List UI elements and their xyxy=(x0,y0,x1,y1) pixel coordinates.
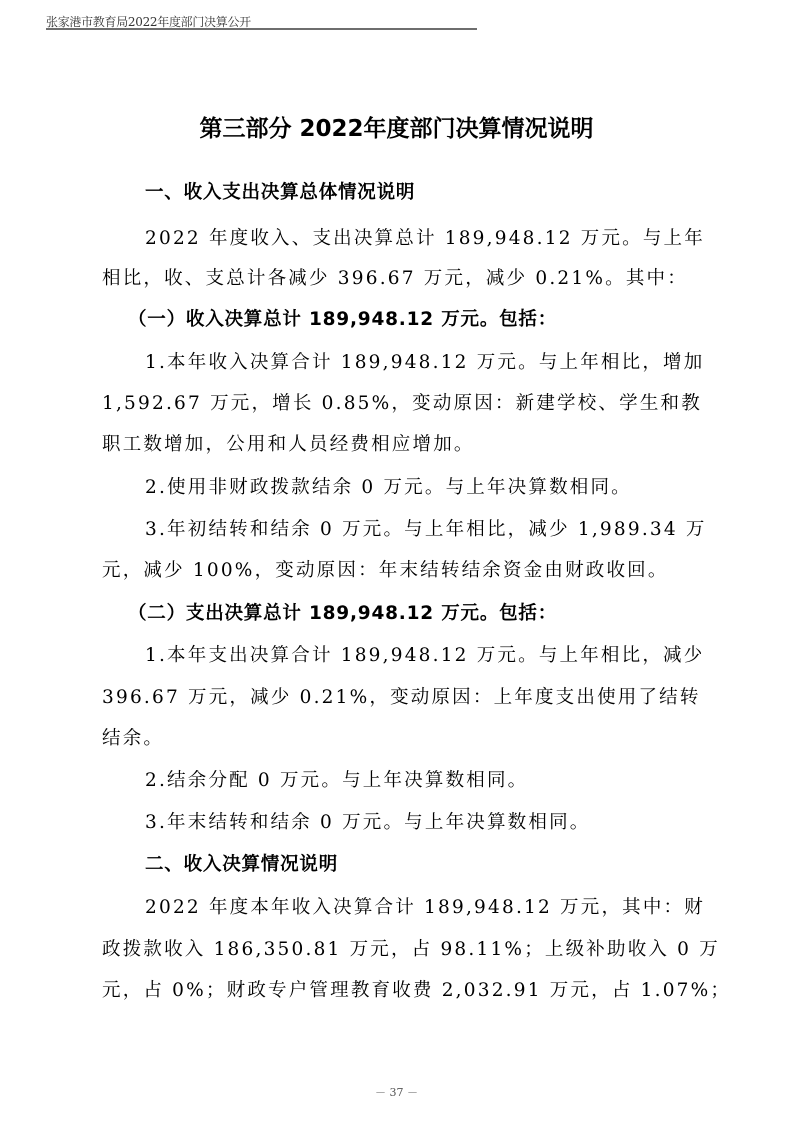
paragraph-line: 1.本年收入决算合计 189,948.12 万元。与上年相比，增加 xyxy=(145,348,745,374)
paragraph-line: 1.本年支出决算合计 189,948.12 万元。与上年相比，减少 xyxy=(145,641,745,667)
paragraph-line: 2.使用非财政拨款结余 0 万元。与上年决算数相同。 xyxy=(145,473,745,499)
paragraph-line: 3.年末结转和结余 0 万元。与上年决算数相同。 xyxy=(145,808,745,834)
paragraph-line: 2022 年度本年收入决算合计 189,948.12 万元，其中：财 xyxy=(145,893,745,919)
section-2-heading: 二、收入决算情况说明 xyxy=(145,850,745,876)
paragraph-line: 1,592.67 万元，增长 0.85%，变动原因：新建学校、学生和教 xyxy=(102,389,702,415)
header-divider xyxy=(46,28,477,30)
paragraph-line: 职工数增加，公用和人员经费相应增加。 xyxy=(102,430,702,456)
paragraph-line: 3.年初结转和结余 0 万元。与上年相比，减少 1,989.34 万 xyxy=(145,515,745,541)
paragraph-line: 政拨款收入 186,350.81 万元，占 98.11%；上级补助收入 0 万 xyxy=(102,935,702,961)
paragraph-line: 2.结余分配 0 万元。与上年决算数相同。 xyxy=(145,766,745,792)
page-number: － 37 － xyxy=(0,1084,793,1100)
paragraph-line: 结余。 xyxy=(102,724,702,750)
page-title: 第三部分 2022年度部门决算情况说明 xyxy=(0,110,793,143)
paragraph-line: 396.67 万元，减少 0.21%，变动原因：上年度支出使用了结转 xyxy=(102,683,702,709)
expense-subheading: （二）支出决算总计 189,948.12 万元。包括： xyxy=(128,599,728,625)
paragraph-line: 元，占 0%；财政专户管理教育收费 2,032.91 万元，占 1.07%； xyxy=(102,976,702,1002)
paragraph-line: 相比，收、支总计各减少 396.67 万元，减少 0.21%。其中： xyxy=(102,264,702,290)
income-subheading: （一）收入决算总计 189,948.12 万元。包括： xyxy=(128,305,728,331)
section-1-heading: 一、收入支出决算总体情况说明 xyxy=(145,178,745,204)
paragraph-line: 元，减少 100%，变动原因：年末结转结余资金由财政收回。 xyxy=(102,556,702,582)
paragraph-line: 2022 年度收入、支出决算总计 189,948.12 万元。与上年 xyxy=(145,224,745,250)
